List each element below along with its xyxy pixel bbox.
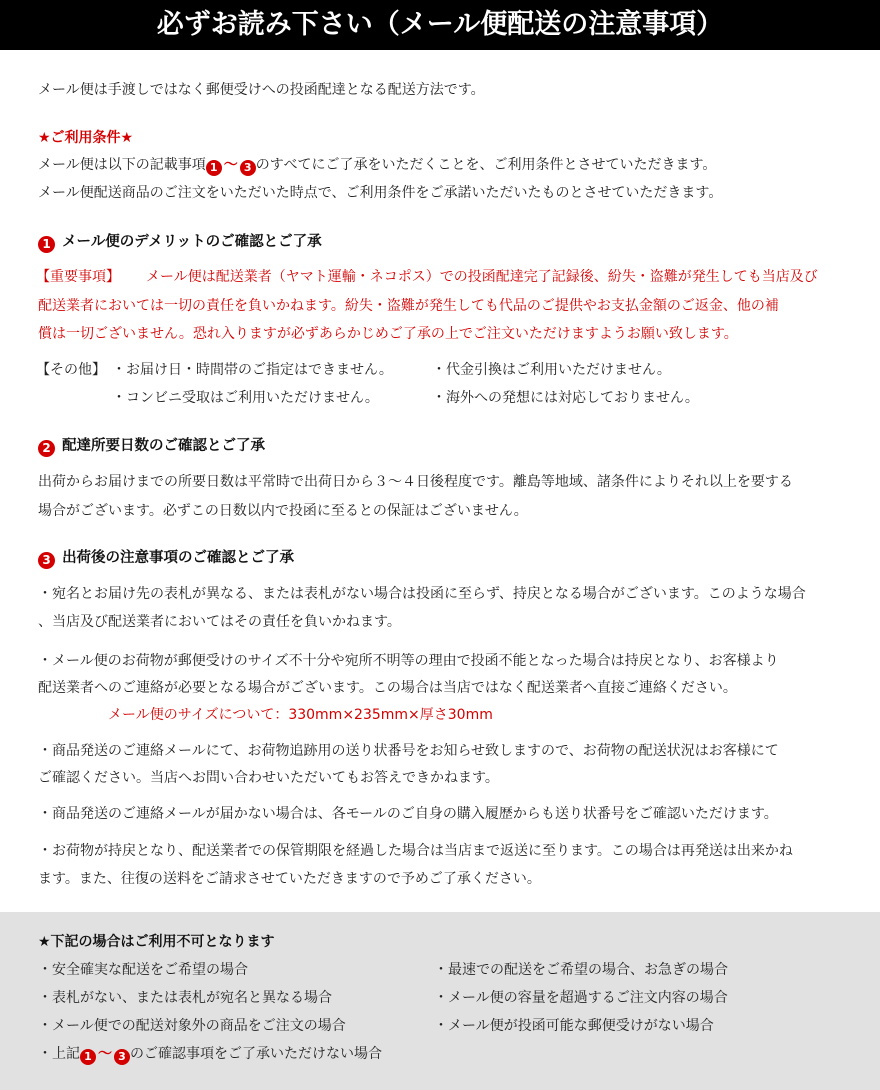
other-label: 【その他】 <box>36 360 106 380</box>
unavailable-item-post: のご確認事項をご了承いただけない場合 <box>130 1046 382 1062</box>
conditions-line-1: メール便は以下の記載事項1〜3のすべてにご了承をいただくことを、ご利用条件とさせ… <box>38 155 716 176</box>
section-2-line: 場合がございます。必ずこの日数以内で投函に至るとの保証はございません。 <box>38 501 528 521</box>
number-3-icon: 3 <box>114 1049 130 1065</box>
number-1-icon: 1 <box>206 160 222 176</box>
intro-text: メール便は手渡しではなく郵便受けへの投函配達となる配送方法です。 <box>38 80 485 100</box>
unavailable-heading: ★下記の場合はご利用不可となります <box>38 932 275 952</box>
important-line-2: 配送業者においては一切の責任を負いかねます。紛失・盗難が発生しても代品のご提供や… <box>38 296 779 316</box>
number-1-icon: 1 <box>38 236 55 253</box>
other-item: ・代金引換はご利用いただけません。 <box>432 360 671 380</box>
section-3-line: ご確認ください。当店へお問い合わせいただいてもお答えできかねます。 <box>38 768 499 788</box>
section-3-line: ・商品発送のご連絡メールにて、お荷物追跡用の送り状番号をお知らせ致しますので、お… <box>38 741 779 761</box>
number-3-icon: 3 <box>240 160 256 176</box>
unavailable-item: ・安全確実な配送をご希望の場合 <box>38 960 248 980</box>
important-line-3: 償は一切ございません。恐れ入りますが必ずあらかじめご了承の上でご注文いただけます… <box>38 324 738 344</box>
tilde: 〜 <box>224 157 238 173</box>
unavailable-item-pre: ・上記 <box>38 1046 80 1062</box>
important-label: 【重要事項】 <box>36 267 120 287</box>
section-3-heading: 3 出荷後の注意事項のご確認とご了承 <box>38 548 294 569</box>
unavailable-item: ・メール便での配送対象外の商品をご注文の場合 <box>38 1016 346 1036</box>
section-1-heading: 1 メール便のデメリットのご確認とご了承 <box>38 232 322 253</box>
unavailable-item: ・上記1〜3のご確認事項をご了承いただけない場合 <box>38 1044 382 1065</box>
section-3-line: 、当店及び配送業者においてはその責任を負いかねます。 <box>38 612 401 632</box>
section-3-line: 配送業者へのご連絡が必要となる場合がございます。この場合は当店ではなく配送業者へ… <box>38 678 737 698</box>
section-3-line: ・商品発送のご連絡メールが届かない場合は、各モールのご自身の購入履歴からも送り状… <box>38 804 778 824</box>
unavailable-item: ・最速での配送をご希望の場合、お急ぎの場合 <box>434 960 728 980</box>
section-1-title: メール便のデメリットのご確認とご了承 <box>62 234 322 250</box>
section-2-title: 配達所要日数のご確認とご了承 <box>62 438 265 454</box>
unavailable-item: ・表札がない、または表札が宛名と異なる場合 <box>38 988 332 1008</box>
important-line-1: メール便は配送業者（ヤマト運輸・ネコポス）での投函配達完了記録後、紛失・盗難が発… <box>146 267 818 287</box>
conditions-line-1-post: のすべてにご了承をいただくことを、ご利用条件とさせていただきます。 <box>256 157 717 173</box>
number-1-icon: 1 <box>80 1049 96 1065</box>
unavailable-item: ・メール便の容量を超過するご注文内容の場合 <box>434 988 728 1008</box>
page-title: 必ずお読み下さい（メール便配送の注意事項） <box>0 0 880 50</box>
section-3-line: ます。また、往復の送料をご請求させていただきますので予めご了承ください。 <box>38 869 541 889</box>
other-item: ・海外への発想には対応しておりません。 <box>432 388 699 408</box>
conditions-heading: ★ご利用条件★ <box>38 128 133 148</box>
section-3-line: ・宛名とお届け先の表札が異なる、または表札がない場合は投函に至らず、持戻となる場… <box>38 584 806 604</box>
other-item: ・コンビニ受取はご利用いただけません。 <box>112 388 379 408</box>
size-note: メール便のサイズについて：330mm×235mm×厚さ30mm <box>108 705 493 725</box>
section-3-line: ・お荷物が持戻となり、配送業者での保管期限を経過した場合は当店まで返送に至ります… <box>38 841 793 861</box>
unavailable-item: ・メール便が投函可能な郵便受けがない場合 <box>434 1016 714 1036</box>
number-3-icon: 3 <box>38 552 55 569</box>
tilde: 〜 <box>98 1046 112 1062</box>
number-2-icon: 2 <box>38 440 55 457</box>
conditions-line-1-pre: メール便は以下の記載事項 <box>38 157 206 173</box>
section-2-heading: 2 配達所要日数のご確認とご了承 <box>38 436 265 457</box>
section-2-line: 出荷からお届けまでの所要日数は平常時で出荷日から３〜４日後程度です。離島等地域、… <box>38 472 793 492</box>
section-3-line: ・メール便のお荷物が郵便受けのサイズ不十分や宛所不明等の理由で投函不能となった場… <box>38 651 779 671</box>
other-item: ・お届け日・時間帯のご指定はできません。 <box>112 360 393 380</box>
section-3-title: 出荷後の注意事項のご確認とご了承 <box>62 550 294 566</box>
conditions-line-2: メール便配送商品のご注文をいただいた時点で、ご利用条件をご承諾いただいたものとさ… <box>38 183 722 203</box>
